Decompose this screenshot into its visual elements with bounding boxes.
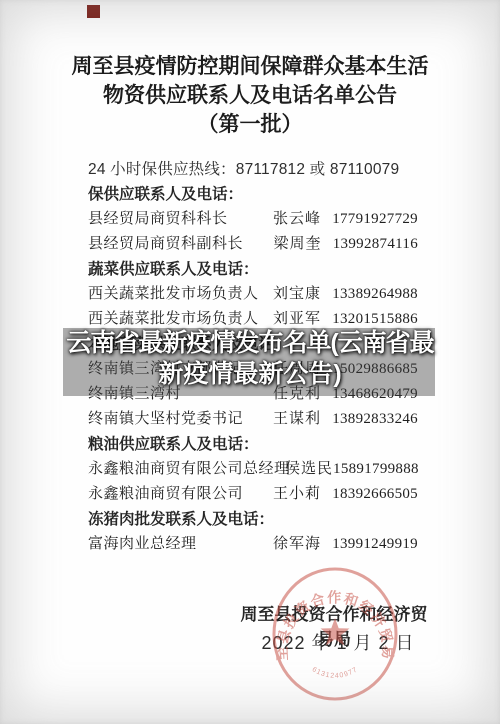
contact-position: 终南镇大坚村党委书记 <box>88 407 273 432</box>
contact-row: 终南镇大坚村党委书记王谋利13892833246 <box>88 407 418 432</box>
red-marker-square <box>87 5 100 18</box>
title-line-3: （第一批） <box>30 110 470 139</box>
stamp-code-text: 6131240977 <box>311 666 360 680</box>
contact-row: 永鑫粮油商贸有限公司王小莉18392666505 <box>88 482 418 507</box>
contact-phone: 15891799888 <box>333 457 419 482</box>
contact-row: 永鑫粮油商贸有限公司总经理侯选民15891799888 <box>88 457 418 482</box>
contact-phone: 13991249919 <box>332 532 418 557</box>
contact-position: 西关蔬菜批发市场负责人 <box>88 282 273 307</box>
contact-name: 王谋利 <box>273 407 332 432</box>
contact-position: 富海肉业总经理 <box>88 532 273 557</box>
contact-position: 县经贸局商贸科副科长 <box>88 232 273 257</box>
contact-position: 永鑫粮油商贸有限公司 <box>88 482 273 507</box>
section-header: 保供应联系人及电话： <box>88 182 418 207</box>
section-header: 蔬菜供应联系人及电话： <box>88 257 418 282</box>
contact-name: 梁周奎 <box>273 232 332 257</box>
contact-position: 永鑫粮油商贸有限公司总经理 <box>88 457 285 482</box>
contact-name: 王小莉 <box>273 482 332 507</box>
section-header: 粮油供应联系人及电话： <box>88 432 418 457</box>
contact-name: 侯选民 <box>285 457 333 482</box>
hotline-text: 24 小时保供应热线：87117812 或 87110079 <box>88 157 418 182</box>
contact-phone: 17791927729 <box>332 207 418 232</box>
watermark-line-1: 云南省最新疫情发布名单(云南省最 <box>0 327 500 359</box>
contact-row: 县经贸局商贸科副科长梁周奎13992874116 <box>88 232 418 257</box>
contact-name: 张云峰 <box>273 207 332 232</box>
watermark-line-2: 新疫情最新公告) <box>0 359 500 389</box>
contact-name: 徐军海 <box>273 532 332 557</box>
contact-row: 富海肉业总经理徐军海13991249919 <box>88 532 418 557</box>
title-line-2: 物资供应联系人及电话名单公告 <box>30 81 470 110</box>
document-title: 周至县疫情防控期间保障群众基本生活 物资供应联系人及电话名单公告 （第一批） <box>30 52 470 139</box>
contact-phone: 18392666505 <box>332 482 418 507</box>
section-header: 冻猪肉批发联系人及电话： <box>88 507 418 532</box>
document-page: 周至县疫情防控期间保障群众基本生活 物资供应联系人及电话名单公告 （第一批） 2… <box>0 0 500 724</box>
contact-name: 刘宝康 <box>273 282 332 307</box>
svg-text:6131240977: 6131240977 <box>311 666 360 680</box>
contact-phone: 13389264988 <box>332 282 418 307</box>
contact-phone: 13892833246 <box>332 407 418 432</box>
issue-date: 2022 年 1 月 2 日 <box>258 629 418 655</box>
contact-row: 县经贸局商贸科科长张云峰17791927729 <box>88 207 418 232</box>
title-line-1: 周至县疫情防控期间保障群众基本生活 <box>30 52 470 81</box>
watermark-text: 云南省最新疫情发布名单(云南省最 新疫情最新公告) <box>0 327 500 389</box>
contact-phone: 13992874116 <box>333 232 418 257</box>
contact-position: 县经贸局商贸科科长 <box>88 207 273 232</box>
contact-row: 西关蔬菜批发市场负责人刘宝康13389264988 <box>88 282 418 307</box>
